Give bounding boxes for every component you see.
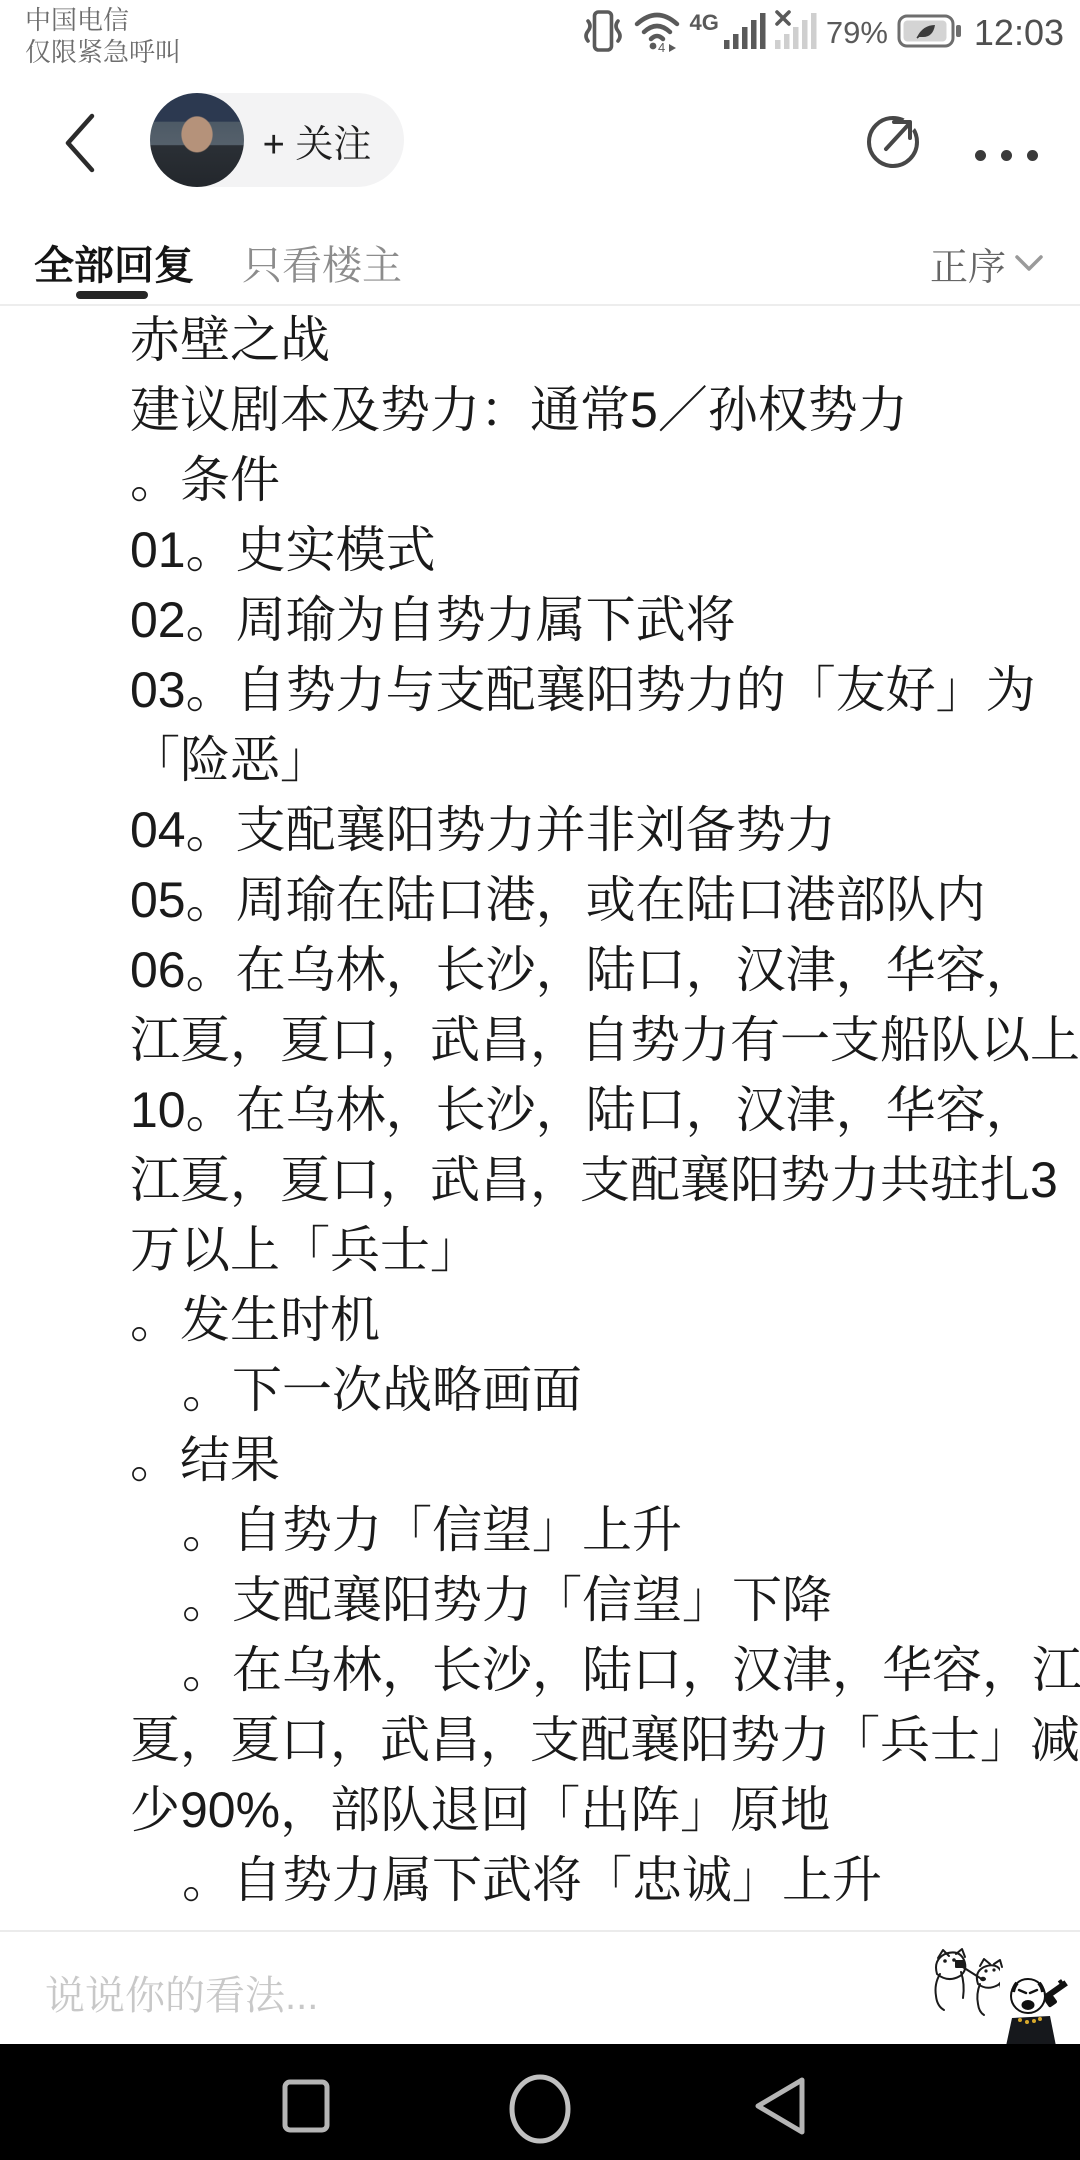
carrier-text: 中国电信 仅限紧急呼叫 <box>25 4 181 68</box>
post-line: 。自势力属下武将「忠诚」上升 <box>0 1845 1080 1915</box>
header-bar: + 关注 <box>0 72 1080 212</box>
avatar[interactable] <box>150 93 244 187</box>
post-line: 03。自势力与支配襄阳势力的「友好」为 <box>0 655 1080 725</box>
post-line: 江夏，夏口，武昌，自势力有一支船队以上 <box>0 1005 1080 1075</box>
follow-button-label: + 关注 <box>244 113 404 168</box>
post-line: 01。史实模式 <box>0 515 1080 585</box>
tab-op-only[interactable]: 只看楼主 <box>242 234 402 291</box>
status-icons: 4 4G <box>582 0 1065 66</box>
clock-time: 12:03 <box>974 12 1064 54</box>
meme-sticker-rifle-icon[interactable] <box>1000 1968 1074 2051</box>
vibrate-icon <box>582 6 624 61</box>
chevron-down-icon[interactable] <box>1014 254 1044 279</box>
svg-text:4: 4 <box>658 40 665 54</box>
network-type-label: 4G <box>690 10 719 36</box>
post-line: 夏，夏口，武昌，支配襄阳势力「兵士」减 <box>0 1705 1080 1775</box>
tab-all-replies[interactable]: 全部回复 <box>34 234 194 291</box>
meme-sticker-feeding-icon[interactable] <box>928 1944 1010 2029</box>
comment-bar: 说说你的看法... <box>0 1930 1080 2044</box>
recents-icon[interactable] <box>281 2078 331 2139</box>
home-icon[interactable] <box>506 2072 574 2151</box>
post-line: 。自势力「信望」上升 <box>0 1495 1080 1565</box>
share-icon[interactable] <box>862 104 928 181</box>
post-line: 05。周瑜在陆口港，或在陆口港部队内 <box>0 865 1080 935</box>
post-line: 万以上「兵士」 <box>0 1215 1080 1285</box>
post-line: 江夏，夏口，武昌，支配襄阳势力共驻扎3 <box>0 1145 1080 1215</box>
sort-order-button[interactable]: 正序 <box>930 236 1006 291</box>
wifi-icon: 4 <box>633 8 681 59</box>
follow-button[interactable]: + 关注 <box>150 93 404 187</box>
phone-screen: 中国电信 仅限紧急呼叫 4 4G <box>0 0 1080 2160</box>
more-icon[interactable] <box>975 150 1038 161</box>
back-icon[interactable] <box>58 108 104 183</box>
post-line: 少90%，部队退回「出阵」原地 <box>0 1775 1080 1845</box>
post-line: 「险恶」 <box>0 725 1080 795</box>
active-tab-indicator <box>76 291 148 299</box>
carrier-line2: 仅限紧急呼叫 <box>25 36 181 68</box>
post-line: 。在乌林，长沙，陆口，汉津，华容，江 <box>0 1635 1080 1705</box>
post-line: 。支配襄阳势力「信望」下降 <box>0 1565 1080 1635</box>
back-triangle-icon[interactable] <box>748 2074 812 2143</box>
reply-tabs: 全部回复 只看楼主 正序 <box>0 212 1080 306</box>
post-body: 赤壁之战建议剧本及势力：通常5／孙权势力。条件01。史实模式02。周瑜为自势力属… <box>0 305 1080 1915</box>
post-line: 06。在乌林，长沙，陆口，汉津，华容， <box>0 935 1080 1005</box>
post-line: 。发生时机 <box>0 1285 1080 1355</box>
post-line: 建议剧本及势力：通常5／孙权势力 <box>0 375 1080 445</box>
signal-bars-icon <box>724 8 766 59</box>
post-line: 。结果 <box>0 1425 1080 1495</box>
post-line: 。下一次战略画面 <box>0 1355 1080 1425</box>
comment-input[interactable]: 说说你的看法... <box>45 1964 318 2021</box>
post-line: 赤壁之战 <box>0 305 1080 375</box>
post-line: 。条件 <box>0 445 1080 515</box>
carrier-line1: 中国电信 <box>25 4 181 36</box>
battery-saver-leaf-icon <box>897 13 963 54</box>
post-line: 02。周瑜为自势力属下武将 <box>0 585 1080 655</box>
no-signal-icon <box>775 8 817 59</box>
android-navbar <box>0 2044 1080 2160</box>
status-bar: 中国电信 仅限紧急呼叫 4 4G <box>0 0 1080 72</box>
post-line: 10。在乌林，长沙，陆口，汉津，华容， <box>0 1075 1080 1145</box>
post-line: 04。支配襄阳势力并非刘备势力 <box>0 795 1080 865</box>
battery-percent: 79% <box>826 15 888 51</box>
